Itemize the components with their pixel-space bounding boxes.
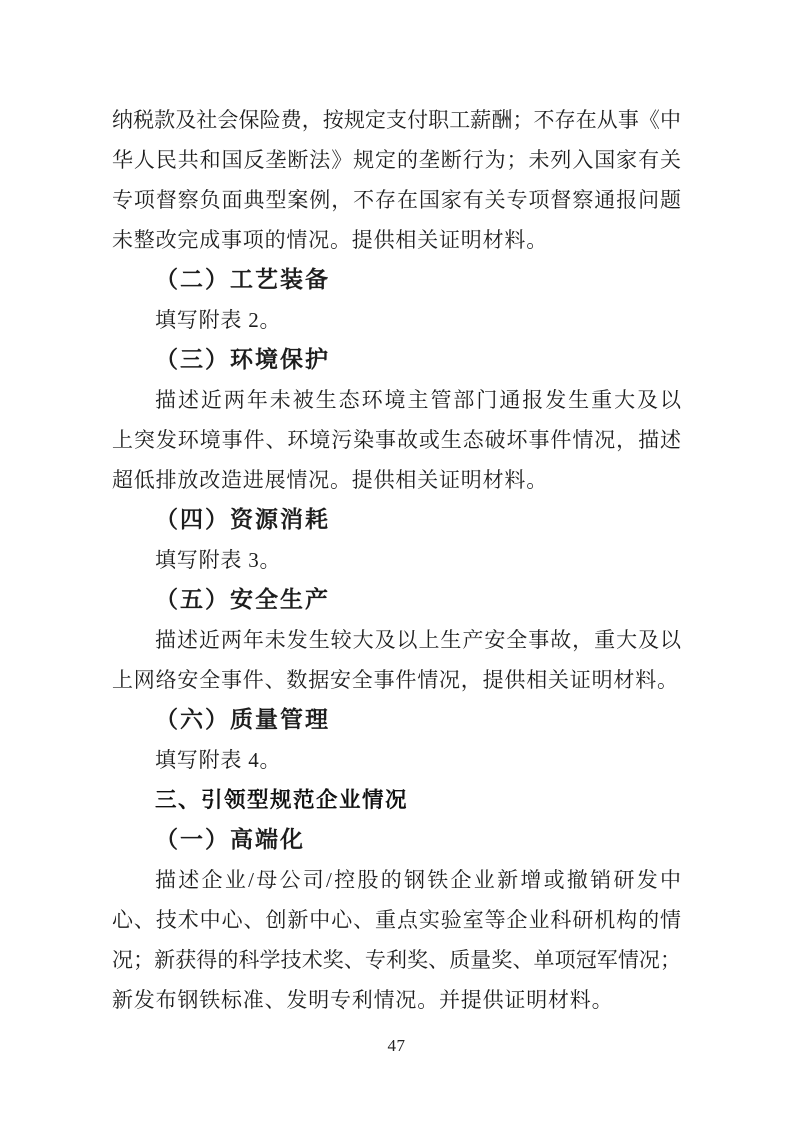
paragraph-line: 纳税款及社会保险费，按规定支付职工薪酬；不存在从事《中	[112, 100, 681, 140]
paragraph-line: 华人民共和国反垄断法》规定的垄断行为；未列入国家有关	[112, 140, 681, 180]
paragraph-line: 新发布钢铁标准、发明专利情况。并提供证明材料。	[112, 980, 681, 1020]
page-number: 47	[0, 1034, 793, 1058]
heading-quality-management: （六）质量管理	[112, 700, 681, 740]
paragraph-line: 心、技术中心、创新中心、重点实验室等企业科研机构的情	[112, 900, 681, 940]
paragraph-line: 填写附表 3。	[112, 540, 681, 580]
paragraph-line: 上突发环境事件、环境污染事故或生态破坏事件情况，描述	[112, 420, 681, 460]
paragraph-line: 填写附表 2。	[112, 300, 681, 340]
paragraph-line: 专项督察负面典型案例，不存在国家有关专项督察通报问题	[112, 180, 681, 220]
heading-process-equipment: （二）工艺装备	[112, 260, 681, 300]
paragraph-line: 填写附表 4。	[112, 740, 681, 780]
heading-work-safety: （五）安全生产	[112, 580, 681, 620]
heading-high-end: （一）高端化	[112, 820, 681, 860]
paragraph-line: 超低排放改造进展情况。提供相关证明材料。	[112, 460, 681, 500]
paragraph-line: 描述企业/母公司/控股的钢铁企业新增或撤销研发中	[112, 860, 681, 900]
paragraph-line: 描述近两年未被生态环境主管部门通报发生重大及以	[112, 380, 681, 420]
heading-leading-enterprises: 三、引领型规范企业情况	[112, 780, 681, 820]
document-body: 纳税款及社会保险费，按规定支付职工薪酬；不存在从事《中 华人民共和国反垄断法》规…	[112, 100, 681, 1020]
paragraph-line: 未整改完成事项的情况。提供相关证明材料。	[112, 220, 681, 260]
heading-environment-protection: （三）环境保护	[112, 340, 681, 380]
paragraph-line: 况；新获得的科学技术奖、专利奖、质量奖、单项冠军情况；	[112, 940, 681, 980]
paragraph-line: 上网络安全事件、数据安全事件情况，提供相关证明材料。	[112, 660, 681, 700]
heading-resource-consumption: （四）资源消耗	[112, 500, 681, 540]
paragraph-line: 描述近两年未发生较大及以上生产安全事故，重大及以	[112, 620, 681, 660]
document-page: 纳税款及社会保险费，按规定支付职工薪酬；不存在从事《中 华人民共和国反垄断法》规…	[0, 0, 793, 1122]
